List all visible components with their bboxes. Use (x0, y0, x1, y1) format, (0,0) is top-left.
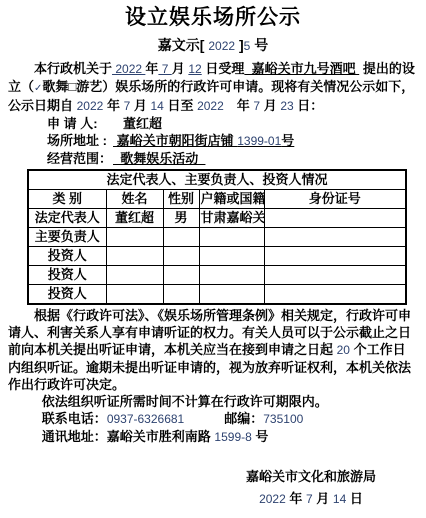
intro-text-2: 年 (145, 61, 158, 76)
document-number: 嘉文示[ 2022 ]5 号 (8, 37, 418, 55)
mail-suffix: 号 (252, 429, 269, 444)
mail-number: 1599-8 (214, 430, 251, 444)
address-suffix: 号 (281, 133, 294, 148)
table-cell: 男 (163, 209, 199, 228)
issue-date-day: 14 (333, 492, 346, 506)
accept-year: 2022 (112, 62, 145, 76)
table-cell (264, 228, 406, 247)
applicant-label: 申 请 人: (47, 115, 113, 132)
table-cell: 甘肃嘉峪关 (199, 209, 264, 228)
applicant-org: 嘉峪关市九号酒吧 (244, 61, 359, 76)
table-cell: 主要负责人 (28, 228, 106, 247)
intro-text-8: 年 (103, 98, 123, 113)
intro-text-9: 月 (130, 98, 150, 113)
phone-label: 联系电话： (42, 411, 107, 426)
table-cell (163, 285, 199, 305)
accept-month: 7 (158, 62, 171, 76)
hearing-time-note: 依法组织听证所需时间不计算在行政许可期限内。 (8, 393, 418, 410)
applicant-row: 申 请 人:董红超 (47, 115, 418, 132)
header-gender: 性别 (163, 190, 199, 209)
docnum-year: 2022 (208, 39, 235, 53)
notice-document: 设立娱乐场所公示 嘉文示[ 2022 ]5 号 本行政机关于 2022 年 7 … (0, 0, 426, 518)
table-cell: 投资人 (28, 247, 106, 266)
table-cell: 投资人 (28, 266, 106, 285)
address-number: 1399-01 (237, 134, 281, 148)
issuing-agency: 嘉峪关市文化和旅游局 (246, 466, 376, 488)
table-cell (106, 266, 163, 285)
intro-paragraph: 本行政机关于 2022 年 7 月 12 日受理 嘉峪关市九号酒吧 提出的设立（… (8, 60, 418, 115)
persons-table: 法定代表人、主要负责人、投资人情况 类 别 姓名 性别 户籍或国籍 身份证号 法… (27, 169, 407, 305)
zip-code: 735100 (263, 412, 303, 426)
scope-label: 经营范围： (47, 150, 113, 167)
mailing-address-line: 通讯地址：嘉峪关市胜利南路 1599-8 号 (8, 428, 418, 446)
document-title: 设立娱乐场所公示 (8, 4, 418, 31)
phone-number: 0937-6326681 (107, 412, 184, 426)
table-row-principal: 主要负责人 (28, 228, 406, 247)
table-cell (163, 228, 199, 247)
table-header-row: 类 别 姓名 性别 户籍或国籍 身份证号 (28, 190, 406, 209)
intro-text-13: 日： (294, 98, 324, 113)
docnum-bracket: ] (235, 37, 244, 53)
applicant-fields: 申 请 人:董红超 场所地址 : 嘉峪关市朝阳街店铺 1399-01号 经营范围… (47, 115, 418, 167)
publish-start-day: 14 (150, 99, 163, 113)
publish-start-year: 2022 (77, 99, 104, 113)
table-cell (264, 209, 406, 228)
scope-row: 经营范围： 歌舞娱乐活动 (47, 150, 418, 167)
intro-text-1: 本行政机关于 (34, 61, 112, 76)
contact-line: 联系电话：0937-6326681邮编：735100 (8, 410, 418, 428)
table-cell (106, 247, 163, 266)
issue-date-year: 2022 (259, 492, 286, 506)
table-cell (163, 247, 199, 266)
applicant-name: 董红超 (123, 116, 162, 131)
intro-text-10: 日至 (164, 98, 197, 113)
table-row-legal-rep: 法定代表人 董红超 男 甘肃嘉峪关 (28, 209, 406, 228)
header-name: 姓名 (106, 190, 163, 209)
table-row-investor-2: 投资人 (28, 266, 406, 285)
table-cell: 董红超 (106, 209, 163, 228)
issue-date-sep-1: 年 (286, 491, 306, 506)
table-cell (264, 247, 406, 266)
zip-label: 邮编： (224, 411, 263, 426)
table-caption-row: 法定代表人、主要负责人、投资人情况 (28, 170, 406, 190)
intro-text-12: 月 (260, 98, 280, 113)
table-cell (264, 266, 406, 285)
address-row: 场所地址 : 嘉峪关市朝阳街店铺 1399-01号 (47, 132, 418, 150)
table-cell (163, 266, 199, 285)
table-row-investor-1: 投资人 (28, 247, 406, 266)
intro-text-3: 月 (172, 61, 189, 76)
header-nationality: 户籍或国籍 (199, 190, 264, 209)
header-id-number: 身份证号 (264, 190, 406, 209)
table-cell (106, 285, 163, 305)
issue-date-month: 7 (306, 492, 313, 506)
address-label: 场所地址 : (47, 132, 113, 149)
table-row-investor-3: 投资人 (28, 285, 406, 305)
hearing-days: 20 (337, 343, 350, 357)
issue-date-sep-2: 月 (313, 491, 333, 506)
address-text: 嘉峪关市朝阳街店铺 (113, 133, 237, 148)
table-caption: 法定代表人、主要负责人、投资人情况 (28, 170, 406, 190)
table-cell: 投资人 (28, 285, 106, 305)
scope-value: 歌舞娱乐活动 (113, 151, 205, 166)
intro-text-4: 日受理 (202, 61, 245, 76)
table-cell: 法定代表人 (28, 209, 106, 228)
table-cell (199, 228, 264, 247)
table-cell (264, 285, 406, 305)
intro-text-6: 歌舞 (42, 79, 68, 94)
docnum-prefix: 嘉文示[ (158, 37, 209, 53)
publish-end-day: 23 (280, 99, 293, 113)
table-cell (106, 228, 163, 247)
table-cell (199, 266, 264, 285)
header-category: 类 别 (28, 190, 106, 209)
accept-day: 12 (188, 62, 201, 76)
hearing-paragraph: 根据《行政许可法》、《娱乐场所管理条例》相关规定，行政许可申请人、利害关系人享有… (8, 307, 418, 393)
issue-date-sep-3: 日 (346, 491, 363, 506)
publish-end-year: 2022 (197, 99, 224, 113)
issue-date: 2022 年 7 月 14 日 (259, 488, 363, 510)
mail-label: 通讯地址：嘉峪关市胜利南路 (42, 429, 215, 444)
docnum-suffix: 号 (250, 37, 268, 53)
table-cell (199, 247, 264, 266)
address-value: 嘉峪关市朝阳街店铺 1399-01号 (113, 133, 294, 148)
table-cell (199, 285, 264, 305)
intro-text-11: 年 (224, 98, 254, 113)
signature-block: 嘉峪关市文化和旅游局 2022 年 7 月 14 日 (246, 466, 376, 510)
